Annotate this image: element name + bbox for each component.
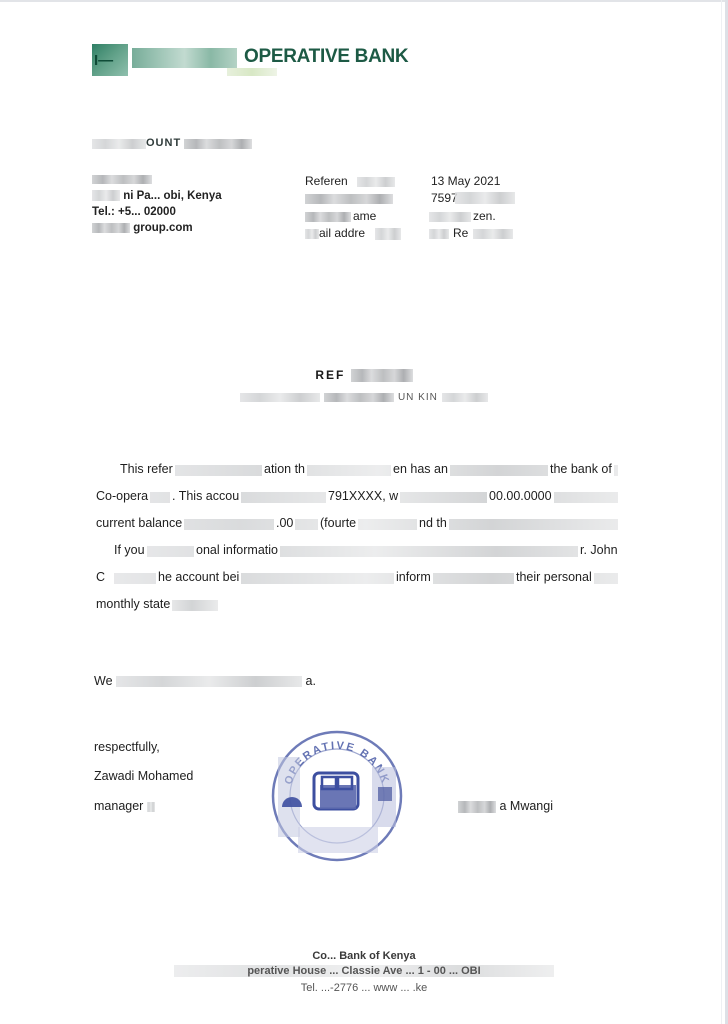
second-signatory: a Mwangi — [458, 799, 553, 813]
body-text-segment: ation th — [262, 462, 307, 476]
letter-subtitle: UN KIN — [0, 392, 728, 403]
bank-stamp: OPERATIVE BANK — [268, 727, 406, 865]
body-text-segment: This refer — [118, 462, 175, 476]
footer-line-3: Tel. ...-2776 ... www ... .ke — [0, 982, 728, 994]
body-text-segment: onal informatio — [194, 543, 280, 557]
signatory-role: manager — [94, 799, 155, 813]
body-text-segment: monthly state — [94, 597, 172, 611]
department-title: OUNT — [92, 136, 252, 152]
body-text-segment: en has an — [391, 462, 450, 476]
signatory-name: Zawadi Mohamed — [94, 769, 193, 783]
body-text-segment: current balance — [94, 516, 184, 530]
closing-respectfully: respectfully, — [94, 740, 160, 754]
body-text-segment: their personal — [514, 570, 594, 584]
body-line: Che account beiinformtheir personal — [94, 570, 618, 588]
website-line: group.com — [92, 222, 193, 234]
body-text-segment: nd th — [417, 516, 449, 530]
body-text-segment: (fourte — [318, 516, 358, 530]
body-text-segment: 00.00.0000 — [487, 489, 554, 503]
phone-line: Tel.: +5... 02000 — [92, 206, 176, 218]
address-line-2: ni Pa... obi, Kenya — [92, 190, 222, 202]
bank-name: OPERATIVE BANK — [244, 46, 408, 68]
page-border-right-inner — [721, 0, 722, 1024]
footer-address: perative House ... Classie Ave ... 1 - 0… — [0, 965, 728, 977]
body-line: monthly state — [94, 597, 618, 615]
body-text-segment: C — [94, 570, 107, 584]
body-text-segment: the bank of — [548, 462, 614, 476]
body-line: current balance.00(fourtend th — [94, 516, 618, 534]
footer-line-1: Co... Bank of Kenya — [0, 950, 728, 962]
bank-tagline — [227, 68, 277, 76]
body-text-segment: . This accou — [170, 489, 241, 503]
body-text-segment: 791XXXX, w — [326, 489, 400, 503]
letter-title: REF — [0, 368, 728, 382]
bank-stamp-icon: OPERATIVE BANK — [268, 727, 406, 865]
body-text-segment: he account bei — [156, 570, 241, 584]
bank-logo: I— OPERATIVE BANK — [92, 44, 352, 78]
body-line: Co-opera. This accou791XXXX, w00.00.0000 — [94, 489, 618, 507]
body-text-segment: r. John — [578, 543, 620, 557]
body-text-segment: .00 — [274, 516, 295, 530]
page-border — [0, 0, 728, 2]
address-line-1 — [92, 174, 152, 186]
body-line: If youonal informatior. John — [94, 543, 618, 561]
bank-logo-icon: I— — [92, 44, 128, 76]
body-text-segment: If you — [112, 543, 147, 557]
body-line: This referation then has anthe bank of — [94, 462, 618, 480]
body-text-segment: inform — [394, 570, 433, 584]
body-text-segment: Co-opera — [94, 489, 150, 503]
closing-wish: We a. — [94, 674, 316, 688]
redaction-block — [132, 48, 237, 68]
